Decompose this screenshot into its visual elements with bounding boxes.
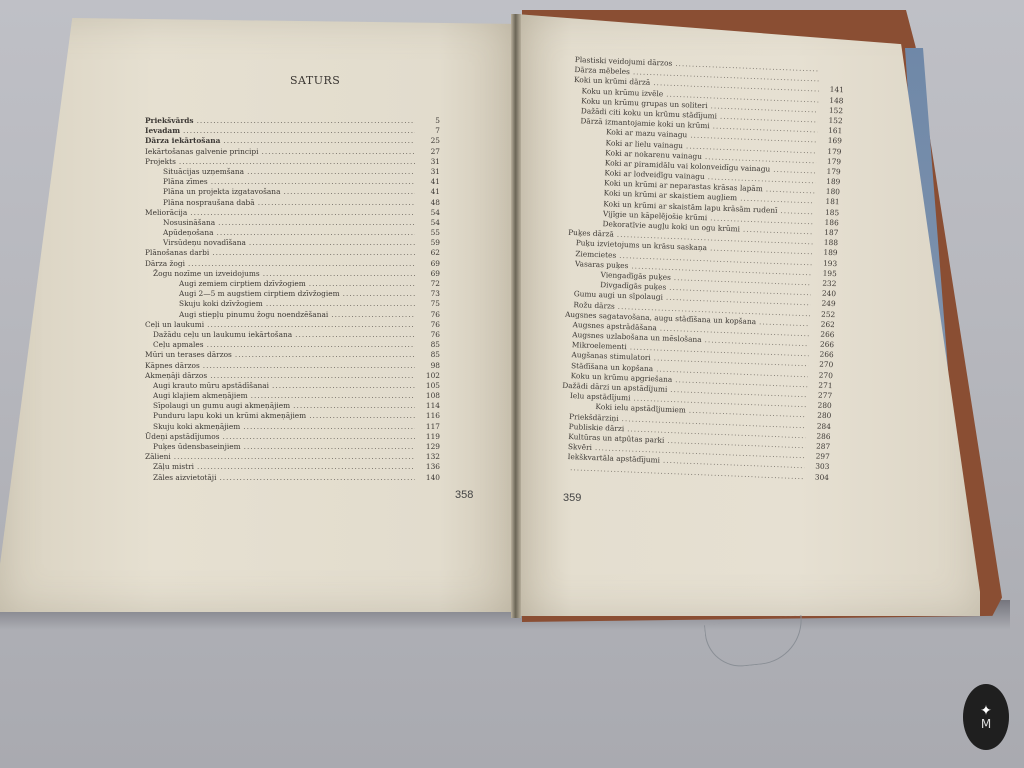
toc-leader-dots — [197, 462, 415, 472]
toc-entry: Virsūdeņu novadīšana59 — [145, 238, 440, 248]
toc-leader-dots — [188, 259, 415, 269]
toc-entry-page: 304 — [807, 472, 829, 483]
toc-entry-label: Dārza iekārtošana — [145, 136, 220, 146]
toc-entry-page: 108 — [418, 391, 440, 401]
book-spine-gutter — [511, 14, 521, 618]
toc-entry-page: 76 — [418, 330, 440, 340]
toc-entry: Meliorācija54 — [145, 208, 440, 218]
toc-entry-label: Plāna un projekta izgatavošana — [163, 187, 280, 197]
toc-entry: Plāna nospraušana dabā48 — [145, 198, 440, 208]
toc-entry: Augi stiepļu pinumu žogu noendzēšanai76 — [145, 310, 440, 320]
toc-entry: Augi krauto mūru apstādīšanai105 — [145, 381, 440, 391]
toc-leader-dots — [249, 238, 415, 248]
toc-leader-dots — [203, 361, 415, 371]
toc-leader-dots — [218, 218, 415, 228]
toc-leader-dots — [295, 330, 415, 340]
toc-entry-label: Augi klajiem akmeņājiem — [153, 391, 248, 401]
toc-entry-label: Zāļu mistri — [153, 462, 194, 472]
toc-entry-label: Augi zemiem cirptiem dzīvžogiem — [179, 279, 306, 289]
toc-entry: Projekts31 — [145, 157, 440, 167]
toc-leader-dots — [331, 310, 415, 320]
toc-entry-page: 41 — [418, 187, 440, 197]
toc-entry-label: Ceļu apmales — [153, 340, 204, 350]
toc-entry-page: 54 — [418, 218, 440, 228]
toc-entry-label: Apūdeņošana — [163, 228, 214, 238]
toc-entry-page: 117 — [418, 422, 440, 432]
toc-entry-page: 31 — [418, 157, 440, 167]
toc-entry: Žogu nozīme un izveidojums69 — [145, 269, 440, 279]
toc-leader-dots — [293, 401, 415, 411]
toc-entry: Dārza žogi69 — [145, 259, 440, 269]
toc-entry: Kāpnes dārzos98 — [145, 361, 440, 371]
toc-entry-page: 76 — [418, 310, 440, 320]
toc-entry: Situācijas uzņemšana31 — [145, 167, 440, 177]
toc-entry-label: Situācijas uzņemšana — [163, 167, 244, 177]
toc-entry: Punduru lapu koki un krūmi akmeņājiem116 — [145, 411, 440, 421]
toc-entry-label: Augi krauto mūru apstādīšanai — [153, 381, 269, 391]
toc-entry: Plānošanas darbi62 — [145, 248, 440, 258]
toc-entry: Zāles aizvietotāji140 — [145, 473, 440, 483]
toc-entry-page: 62 — [418, 248, 440, 258]
toc-entry: Nosusināšana54 — [145, 218, 440, 228]
left-toc-list: Priekšvārds5Ievadam7Dārza iekārtošana25I… — [145, 116, 440, 483]
toc-entry-page: 85 — [418, 340, 440, 350]
toc-entry-page: 25 — [418, 136, 440, 146]
toc-entry-page: 48 — [418, 198, 440, 208]
toc-leader-dots — [244, 442, 415, 452]
toc-entry: Plāna zīmes41 — [145, 177, 440, 187]
watermark-letter: M — [981, 718, 991, 730]
toc-entry-label: Projekts — [145, 157, 176, 167]
toc-entry-page: 7 — [418, 126, 440, 136]
toc-entry: Augi zemiem cirptiem dzīvžogiem72 — [145, 279, 440, 289]
toc-leader-dots — [258, 198, 415, 208]
toc-leader-dots — [283, 187, 415, 197]
toc-leader-dots — [309, 411, 415, 421]
toc-leader-dots — [207, 320, 415, 330]
toc-entry-page: 27 — [418, 147, 440, 157]
toc-entry-label: Ceļi un laukumi — [145, 320, 204, 330]
toc-entry-page: 69 — [418, 259, 440, 269]
toc-leader-dots — [197, 116, 415, 126]
toc-leader-dots — [223, 136, 415, 146]
toc-entry-page: 119 — [418, 432, 440, 442]
right-page-number: 359 — [563, 492, 581, 504]
toc-leader-dots — [179, 157, 415, 167]
toc-leader-dots — [212, 248, 415, 258]
toc-leader-dots — [207, 340, 415, 350]
toc-entry-page: 55 — [418, 228, 440, 238]
toc-entry-label: Dārza žogi — [145, 259, 185, 269]
toc-entry-label: Augi stiepļu pinumu žogu noendzēšanai — [179, 310, 328, 320]
toc-entry-page: 85 — [418, 350, 440, 360]
toc-entry-label: Zālieni — [145, 452, 171, 462]
toc-entry-label: Virsūdeņu novadīšana — [163, 238, 246, 248]
toc-entry-label: Plānošanas darbi — [145, 248, 209, 258]
toc-entry-label: Iekārtošanas galvenie principi — [145, 147, 259, 157]
toc-entry-label: Plāna nospraušana dabā — [163, 198, 255, 208]
left-page-number: 358 — [455, 489, 473, 501]
toc-entry-label: Kāpnes dārzos — [145, 361, 200, 371]
flower-diamond-icon: ✦ — [980, 704, 992, 718]
toc-entry: Augi 2—5 m augstiem cirptiem dzīvžogiem7… — [145, 289, 440, 299]
toc-entry-label: Skuju koki akmeņājiem — [153, 422, 240, 432]
toc-entry-label: Akmeņāji dārzos — [145, 371, 207, 381]
toc-entry: Dažādu ceļu un laukumu iekārtošana76 — [145, 330, 440, 340]
toc-entry-label: Mūri un terases dārzos — [145, 350, 232, 360]
toc-entry-page: 132 — [418, 452, 440, 462]
toc-entry: Iekārtošanas galvenie principi27 — [145, 147, 440, 157]
toc-entry: Zāļu mistri136 — [145, 462, 440, 472]
toc-entry-page: 116 — [418, 411, 440, 421]
toc-entry: Plāna un projekta izgatavošana41 — [145, 187, 440, 197]
toc-leader-dots — [309, 279, 415, 289]
toc-entry-page: 102 — [418, 371, 440, 381]
toc-leader-dots — [219, 473, 415, 483]
toc-entry-page: 54 — [418, 208, 440, 218]
toc-entry-page: 72 — [418, 279, 440, 289]
toc-entry-page: 98 — [418, 361, 440, 371]
toc-leader-dots — [183, 126, 415, 136]
toc-title: SATURS — [290, 74, 340, 87]
toc-entry-page — [823, 72, 845, 73]
toc-leader-dots — [247, 167, 415, 177]
toc-entry: Ceļi un laukumi76 — [145, 320, 440, 330]
toc-leader-dots — [272, 381, 415, 391]
toc-entry: Ceļu apmales85 — [145, 340, 440, 350]
toc-entry: Dārza iekārtošana25 — [145, 136, 440, 146]
toc-entry-page: 59 — [418, 238, 440, 248]
toc-entry-label: Puķes ūdensbaseinjiem — [153, 442, 241, 452]
toc-entry: Puķes ūdensbaseinjiem129 — [145, 442, 440, 452]
toc-entry-page — [822, 82, 844, 83]
toc-leader-dots — [190, 208, 415, 218]
toc-entry: Sīpolaugi un gumu augi akmeņājiem114 — [145, 401, 440, 411]
toc-entry-label: Dažādu ceļu un laukumu iekārtošana — [153, 330, 292, 340]
toc-leader-dots — [217, 228, 415, 238]
toc-entry: Skuju koki dzīvžogiem75 — [145, 299, 440, 309]
toc-entry-label: Punduru lapu koki un krūmi akmeņājiem — [153, 411, 306, 421]
toc-leader-dots — [263, 269, 415, 279]
toc-entry-page: 41 — [418, 177, 440, 187]
toc-entry-page: 114 — [418, 401, 440, 411]
toc-entry-page: 31 — [418, 167, 440, 177]
toc-entry-page: 105 — [418, 381, 440, 391]
right-toc-list: Plastiski veidojumi dārzosDārza mēbelesK… — [559, 55, 845, 483]
toc-leader-dots — [210, 371, 415, 381]
toc-entry: Apūdeņošana55 — [145, 228, 440, 238]
toc-entry-page: 129 — [418, 442, 440, 452]
toc-entry: Ūdeņi apstādījumos119 — [145, 432, 440, 442]
toc-leader-dots — [243, 422, 415, 432]
toc-entry-label: Meliorācija — [145, 208, 187, 218]
toc-entry: Zālieni132 — [145, 452, 440, 462]
watermark-logo: ✦ M — [963, 684, 1009, 750]
toc-entry-page: 76 — [418, 320, 440, 330]
toc-entry-label: Priekšvārds — [145, 116, 194, 126]
toc-entry-page: 5 — [418, 116, 440, 126]
toc-leader-dots — [266, 299, 415, 309]
toc-entry-label: Zāles aizvietotāji — [153, 473, 216, 483]
toc-entry: Skuju koki akmeņājiem117 — [145, 422, 440, 432]
toc-entry-page: 75 — [418, 299, 440, 309]
toc-entry-page: 69 — [418, 269, 440, 279]
toc-entry-label: Žogu nozīme un izveidojums — [153, 269, 260, 279]
toc-leader-dots — [235, 350, 415, 360]
toc-entry-page: 73 — [418, 289, 440, 299]
toc-leader-dots — [174, 452, 415, 462]
toc-entry-label: Skuju koki dzīvžogiem — [179, 299, 263, 309]
toc-entry-page: 136 — [418, 462, 440, 472]
toc-leader-dots — [211, 177, 415, 187]
toc-entry-label: Plāna zīmes — [163, 177, 208, 187]
toc-entry: Mūri un terases dārzos85 — [145, 350, 440, 360]
toc-entry-label: Augi 2—5 m augstiem cirptiem dzīvžogiem — [179, 289, 340, 299]
toc-entry-label: Sīpolaugi un gumu augi akmeņājiem — [153, 401, 290, 411]
toc-entry: Priekšvārds5 — [145, 116, 440, 126]
toc-entry: Augi klajiem akmeņājiem108 — [145, 391, 440, 401]
toc-entry-page: 140 — [418, 473, 440, 483]
toc-leader-dots — [343, 289, 415, 299]
toc-entry-label: Nosusināšana — [163, 218, 215, 228]
toc-entry-label: Ūdeņi apstādījumos — [145, 432, 220, 442]
toc-entry: Ievadam7 — [145, 126, 440, 136]
toc-leader-dots — [262, 147, 415, 157]
toc-entry-label: Ievadam — [145, 126, 180, 136]
toc-entry: Akmeņāji dārzos102 — [145, 371, 440, 381]
toc-leader-dots — [251, 391, 415, 401]
loose-thread — [704, 615, 806, 670]
toc-leader-dots — [223, 432, 415, 442]
